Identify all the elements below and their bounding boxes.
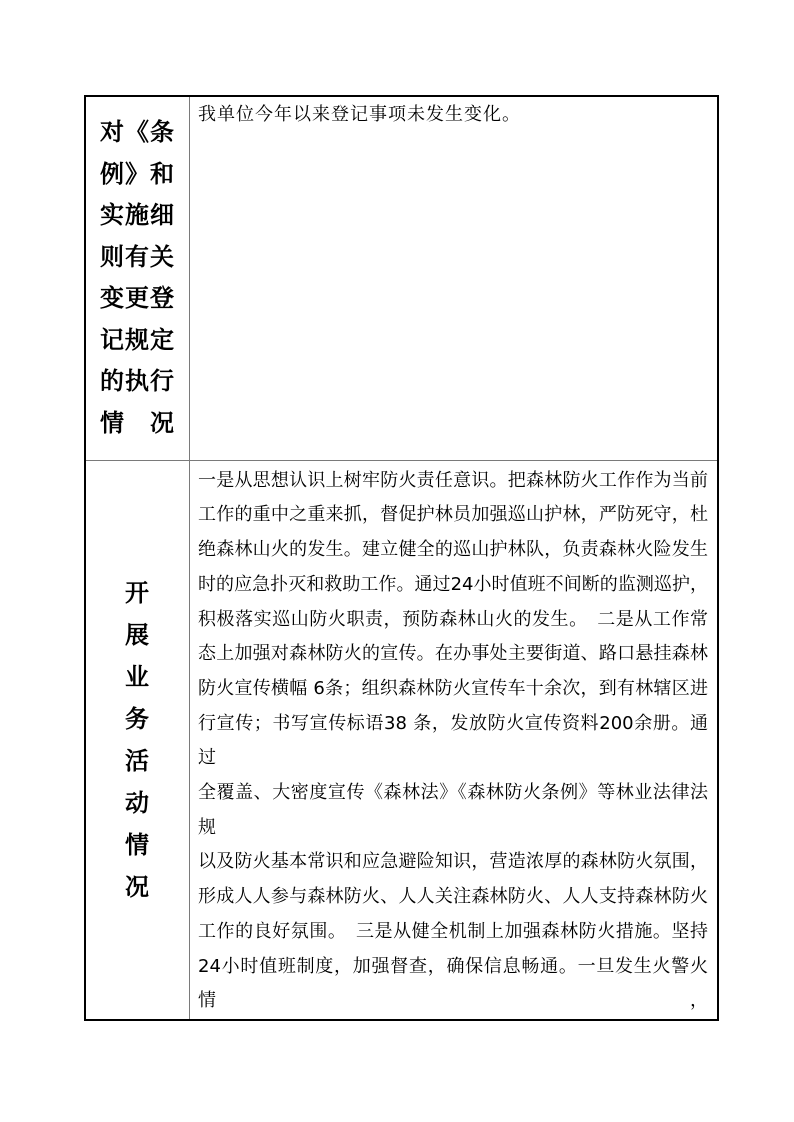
text-line: 行宣传；书写宣传标语38 条，发放防火宣传资料200余册。通过 (198, 707, 708, 776)
text-line: 态上加强对森林防火的宣传。在办事处主要街道、路口悬挂森林 (198, 637, 708, 672)
text-line: 展 (93, 614, 182, 656)
text-line: 绝森林山火的发生。建立健全的巡山护林队，负责森林火险发生 (198, 533, 708, 568)
text-line: 工作的重中之重来抓，督促护林员加强巡山护林，严防死守，杜 (198, 498, 708, 533)
text-line: 我单位今年以来登记事项未发生变化。 (198, 100, 708, 129)
row-header-business-activities: 开展业务活动情况 (86, 461, 190, 1019)
text-line: 情 (93, 824, 182, 866)
cell-business-activities-content: 一是从思想认识上树牢防火责任意识。把森林防火工作作为当前工作的重中之重来抓，督促… (190, 461, 717, 1019)
text-line: 记规定 (93, 320, 182, 362)
text-line: 的执行 (93, 361, 182, 403)
text-line: 积极落实巡山防火职责，预防森林山火的发生。 二是从工作常 (198, 603, 708, 638)
text-line: 时的应急扑灭和救助工作。通过24小时值班不间断的监测巡护， (198, 568, 708, 603)
row-header-regulation-compliance: 对《条例》和实施细则有关变更登记规定的执行情 况 (86, 97, 190, 460)
text-line: 例》和 (93, 154, 182, 196)
text-line: 防火宣传横幅 6条；组织森林防火宣传车十余次，到有林辖区进 (198, 672, 708, 707)
text-line: 则有关 (93, 237, 182, 279)
text-line: 情 况 (93, 403, 182, 445)
text-line: 工作的良好氛围。 三是从健全机制上加强森林防火措施。坚持 (198, 915, 708, 950)
cell-regulation-compliance-content: 我单位今年以来登记事项未发生变化。 (190, 97, 717, 460)
text-line: 一是从思想认识上树牢防火责任意识。把森林防火工作作为当前 (198, 464, 708, 499)
text-line: 况 (93, 866, 182, 908)
text-line: 变更登 (93, 278, 182, 320)
table-row-regulation-compliance: 对《条例》和实施细则有关变更登记规定的执行情 况 我单位今年以来登记事项未发生变… (86, 97, 717, 461)
text-line: 实施细 (93, 195, 182, 237)
text-line: 开 (93, 572, 182, 614)
registration-report-table: 对《条例》和实施细则有关变更登记规定的执行情 况 我单位今年以来登记事项未发生变… (84, 95, 719, 1021)
text-line: 24小时值班制度，加强督查，确保信息畅通。一旦发生火警火情， (198, 950, 708, 1019)
text-line: 动 (93, 782, 182, 824)
document-page: 对《条例》和实施细则有关变更登记规定的执行情 况 我单位今年以来登记事项未发生变… (0, 0, 794, 1122)
text-line: 对《条 (93, 112, 182, 154)
table-row-business-activities: 开展业务活动情况 一是从思想认识上树牢防火责任意识。把森林防火工作作为当前工作的… (86, 461, 717, 1019)
text-line: 形成人人参与森林防火、人人关注森林防火、人人支持森林防火 (198, 880, 708, 915)
text-line: 以及防火基本常识和应急避险知识，营造浓厚的森林防火氛围， (198, 845, 708, 880)
text-line: 活 (93, 740, 182, 782)
text-line: 务 (93, 698, 182, 740)
text-line: 全覆盖、大密度宣传《森林法》《森林防火条例》等林业法律法规 (198, 776, 708, 845)
text-line: 业 (93, 656, 182, 698)
